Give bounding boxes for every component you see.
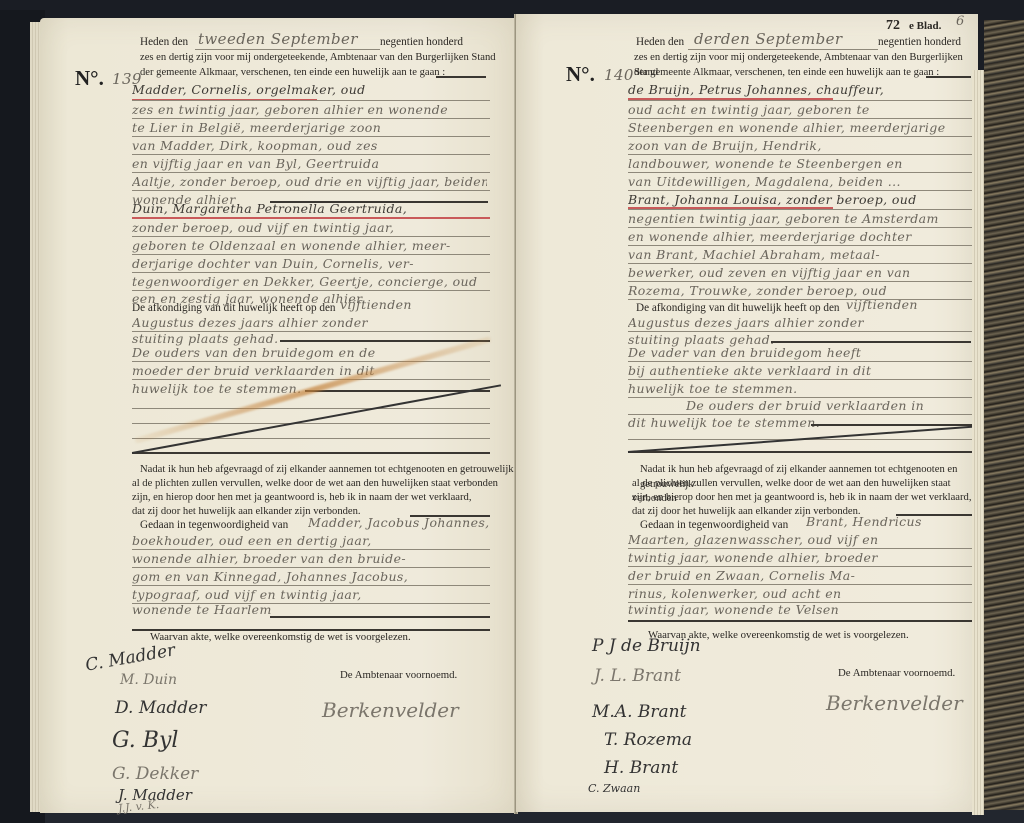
consent-line: zijn, en hierop door hen met ja geantwoo…: [132, 490, 471, 505]
witness-line: boekhouder, oud een en dertig jaar,: [132, 533, 487, 548]
rule: [628, 361, 973, 362]
rule: [771, 341, 971, 343]
rule: [132, 254, 490, 255]
party-line: zoon van de Bruijn, Hendrik,: [628, 138, 973, 153]
folio-suffix: e Blad.: [909, 19, 941, 34]
rule: [270, 616, 490, 618]
party-line: oud acht en twintig jaar, geboren te: [628, 102, 973, 117]
rule: [132, 408, 490, 409]
party-line: zes en twintig jaar, geboren alhier en w…: [132, 102, 487, 117]
rule: [628, 548, 973, 549]
signature-witness: D. Madder: [115, 698, 206, 718]
party-line: en wonende alhier, meerderjarige dochter: [628, 229, 973, 244]
signature-official: Berkenvelder: [322, 698, 459, 722]
party-line: en vijftig jaar en van Byl, Geertruida: [132, 156, 487, 171]
rule: [628, 136, 973, 137]
witness-line: wonende te Haarlem: [132, 602, 332, 617]
witness-line: der bruid en Zwaan, Cornelis Ma-: [628, 568, 973, 583]
witness-line: rinus, kolenwerker, oud acht en: [628, 586, 973, 601]
date-handwritten: tweeden September: [198, 30, 378, 48]
rule: [628, 118, 973, 119]
party-line: derjarige dochter van Duin, Cornelis, ve…: [132, 256, 487, 271]
date-handwritten: derden September: [694, 30, 874, 48]
party-line: Brant, Johanna Louisa, zonder beroep, ou…: [628, 192, 973, 207]
announcement-line: vijftienden: [846, 297, 976, 312]
party-line: landbouwer, wonende te Steenbergen en: [628, 156, 973, 171]
consent-line: zijn, en hierop door hen met ja geantwoo…: [632, 490, 971, 505]
rule: [132, 172, 490, 173]
announcement-line: vijftienden: [340, 297, 490, 312]
rule: [132, 154, 490, 155]
announcement-line: huwelijk toe te stemmen.: [628, 381, 828, 396]
signature-bride: M. Duin: [120, 672, 177, 688]
party-line: van Brant, Machiel Abraham, metaal-: [628, 247, 973, 262]
party-line: te Lier in België, meerderjarige zoon: [132, 120, 487, 135]
official-label: De Ambtenaar voornoemd.: [838, 666, 955, 681]
intro-line-3: der gemeente Alkmaar, verschenen, ten ei…: [634, 65, 939, 80]
rule: [926, 76, 971, 78]
rule: [132, 136, 490, 137]
rule: [132, 361, 490, 362]
rule: [628, 566, 973, 567]
signature-witness: C. Zwaan: [588, 782, 640, 795]
party-line: Rozema, Trouwke, zonder beroep, oud: [628, 283, 973, 298]
rule: [132, 567, 490, 568]
witnesses-label: Gedaan in tegenwoordigheid van: [140, 518, 288, 533]
consent-line: Nadat ik hun heb afgevraagd of zij elkan…: [140, 462, 514, 477]
party-line: de Bruijn, Petrus Johannes, chauffeur,: [628, 82, 973, 97]
announcement-line: moeder der bruid verklaarden in dit: [132, 363, 487, 378]
rule: [628, 584, 973, 585]
closing-text: Waarvan akte, welke overeenkomstig de we…: [150, 630, 411, 645]
signature-witness: T. Rozema: [604, 730, 692, 750]
rule: [132, 190, 490, 191]
signature-groom: P J de Bruijn: [592, 636, 701, 656]
signature-witness: M.A. Brant: [592, 702, 686, 722]
folio-handwritten-mark: 6: [956, 14, 965, 29]
party-line: geboren te Oldenzaal en wonende alhier, …: [132, 238, 487, 253]
rule: [132, 100, 490, 101]
rule: [811, 424, 973, 426]
party-line: zonder beroep, oud vijf en twintig jaar,: [132, 220, 487, 235]
consent-line: al de plichten zullen vervullen, welke d…: [132, 476, 498, 491]
party-line: bewerker, oud zeven en vijftig jaar en v…: [628, 265, 973, 280]
witness-line: gom en van Kinnegad, Johannes Jacobus,: [132, 569, 487, 584]
rule: [628, 379, 973, 380]
party-line: negentien twintig jaar, geboren te Amste…: [628, 211, 973, 226]
announcement-line: De ouders der bruid verklaarden in: [686, 398, 976, 413]
intro-line-3: der gemeente Alkmaar, verschenen, ten ei…: [140, 65, 445, 80]
announcement-line: stuiting plaats gehad.: [132, 331, 332, 346]
signature-official: Berkenvelder: [826, 691, 963, 715]
announcement-label: De afkondiging van dit huwelijk heeft op…: [132, 301, 336, 316]
left-page: N°. 139 Heden den tweeden September nege…: [40, 18, 516, 813]
rule: [628, 281, 973, 282]
witness-line: twintig jaar, wonende te Velsen: [628, 602, 928, 617]
rule: [280, 340, 490, 342]
rule: [132, 585, 490, 586]
party-line: tegenwoordiger en Dekker, Geertje, conci…: [132, 274, 487, 289]
party-line: Aaltje, zonder beroep, oud drie en vijft…: [132, 174, 487, 189]
announcement-label: De afkondiging van dit huwelijk heeft op…: [636, 301, 840, 316]
rule: [628, 245, 973, 246]
rule: [132, 272, 490, 273]
signature-witness: J.J. v. K.: [117, 798, 159, 815]
record-number-label: N°.: [566, 62, 595, 87]
bride-name-underline: [132, 217, 490, 219]
intro-year: negentien honderd: [878, 35, 961, 50]
intro-year: negentien honderd: [380, 35, 463, 50]
rule: [628, 172, 973, 173]
record-number-label: N°.: [75, 66, 104, 91]
witnesses-label: Gedaan in tegenwoordigheid van: [640, 518, 788, 533]
witness-line: wonende alhier, broeder van den bruide-: [132, 551, 487, 566]
witness-line: Maarten, glazenwasscher, oud vijf en: [628, 532, 973, 547]
rule: [436, 76, 486, 78]
folio-number: 72: [886, 18, 900, 33]
signature-witness: H. Brant: [604, 758, 678, 778]
signature-groom: C. Madder: [84, 640, 177, 675]
intro-prefix: Heden den: [636, 35, 684, 50]
announcement-line: Augustus dezes jaars alhier zonder: [132, 315, 487, 330]
party-line: van Uitdewilligen, Magdalena, beiden ...: [628, 174, 973, 189]
party-line: Steenbergen en wonende alhier, meerderja…: [628, 120, 973, 135]
rule: [628, 100, 973, 101]
official-label: De Ambtenaar voornoemd.: [340, 668, 457, 683]
announcement-line: dit huwelijk toe te stemmen.: [628, 415, 858, 430]
rule: [628, 209, 973, 210]
book-cover-right-marbled: [984, 20, 1024, 810]
party-line: Duin, Margaretha Petronella Geertruida,: [132, 201, 490, 216]
page-edges-right: [972, 70, 984, 815]
announcement-line: De vader van den bruidegom heeft: [628, 345, 973, 360]
party-line: van Madder, Dirk, koopman, oud zes: [132, 138, 487, 153]
witness-line: typograaf, oud vijf en twintig jaar,: [132, 587, 487, 602]
announcement-line: Augustus dezes jaars alhier zonder: [628, 315, 973, 330]
signature-witness: G. Dekker: [112, 764, 198, 784]
intro-line-2: zes en dertig zijn voor mij ondergeteeke…: [140, 50, 496, 65]
rule: [132, 118, 490, 119]
rule: [628, 227, 973, 228]
rule: [132, 379, 490, 380]
party-line: Madder, Cornelis, orgelmaker, oud: [132, 82, 487, 97]
rule: [132, 452, 490, 454]
rule: [132, 438, 490, 439]
announcement-line: bij authentieke akte verklaard in dit: [628, 363, 973, 378]
rule: [132, 549, 490, 550]
rule: [628, 620, 973, 622]
witness-line: twintig jaar, wonende alhier, broeder: [628, 550, 973, 565]
right-page: 72 e Blad. 6 N°. 140 Heden den derden Se…: [516, 14, 978, 812]
intro-prefix: Heden den: [140, 35, 188, 50]
signature-bride: J. L. Brant: [594, 666, 681, 686]
witness-line: Madder, Jacobus Johannes,: [308, 515, 493, 530]
signature-witness: G. Byl: [112, 728, 178, 753]
rule: [132, 236, 490, 237]
rule: [628, 190, 973, 191]
rule: [628, 154, 973, 155]
rule: [628, 451, 973, 453]
witness-line: Brant, Hendricus: [806, 514, 976, 529]
rule: [628, 263, 973, 264]
